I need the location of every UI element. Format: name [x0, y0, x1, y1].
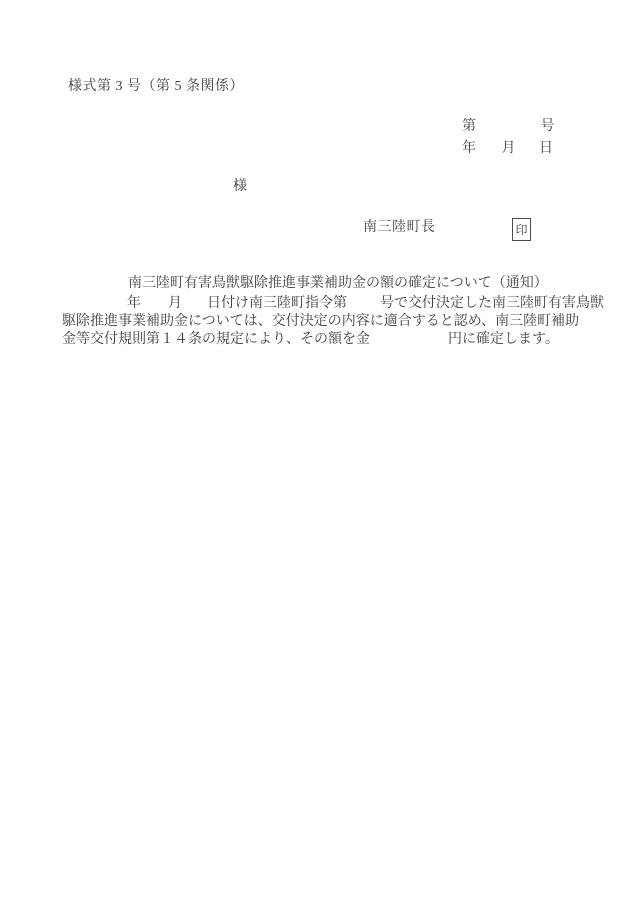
sender-title: 南三陸町長 [363, 220, 436, 236]
date-year-label: 年 [462, 141, 477, 156]
body-directive-number-blank [347, 306, 380, 307]
body-amount-blank [370, 342, 448, 343]
body-year-label: 年 [127, 296, 141, 311]
body-month-blank [182, 306, 207, 307]
doc-number-blank [477, 129, 541, 130]
subject-title: 南三陸町有害鳥獣駆除推進事業補助金の額の確定について（通知） [128, 276, 548, 292]
date-day-label: 日 [539, 141, 554, 156]
body-line1-text-a: 日付け南三陸町指令第 [207, 296, 347, 311]
doc-number-line: 第号 [462, 119, 555, 135]
body-line3-text-a: 金等交付規則第１４条の規定により、その額を金 [62, 332, 370, 347]
body-year-blank [141, 306, 168, 307]
seal-label: 印 [515, 221, 527, 238]
document-page: 様式第 3 号（第 5 条関係） 第号 年月日 様 南三陸町長 印 南三陸町有害… [0, 0, 630, 903]
addressee-honorific: 様 [233, 179, 248, 195]
doc-number-suffix: 号 [541, 119, 556, 134]
doc-number-prefix: 第 [462, 119, 477, 134]
body-line-2: 駆除推進事業補助金については、交付決定の内容に適合すると認め、南三陸町補助 [62, 314, 579, 330]
date-month-blank [516, 151, 539, 152]
body-line3-text-b: 円に確定します。 [448, 332, 559, 347]
seal-placeholder: 印 [512, 218, 531, 241]
body-line-3: 金等交付規則第１４条の規定により、その額を金円に確定します。 [62, 332, 559, 348]
body-month-label: 月 [168, 296, 182, 311]
form-number-label: 様式第 3 号（第 5 条関係） [68, 79, 244, 95]
date-line: 年月日 [462, 141, 554, 157]
body-line1-text-b: 号で交付決定した南三陸町有害鳥獣 [380, 296, 604, 311]
date-year-blank [477, 151, 502, 152]
date-month-label: 月 [502, 141, 517, 156]
body-line-1: 年月日付け南三陸町指令第号で交付決定した南三陸町有害鳥獣 [127, 296, 604, 312]
